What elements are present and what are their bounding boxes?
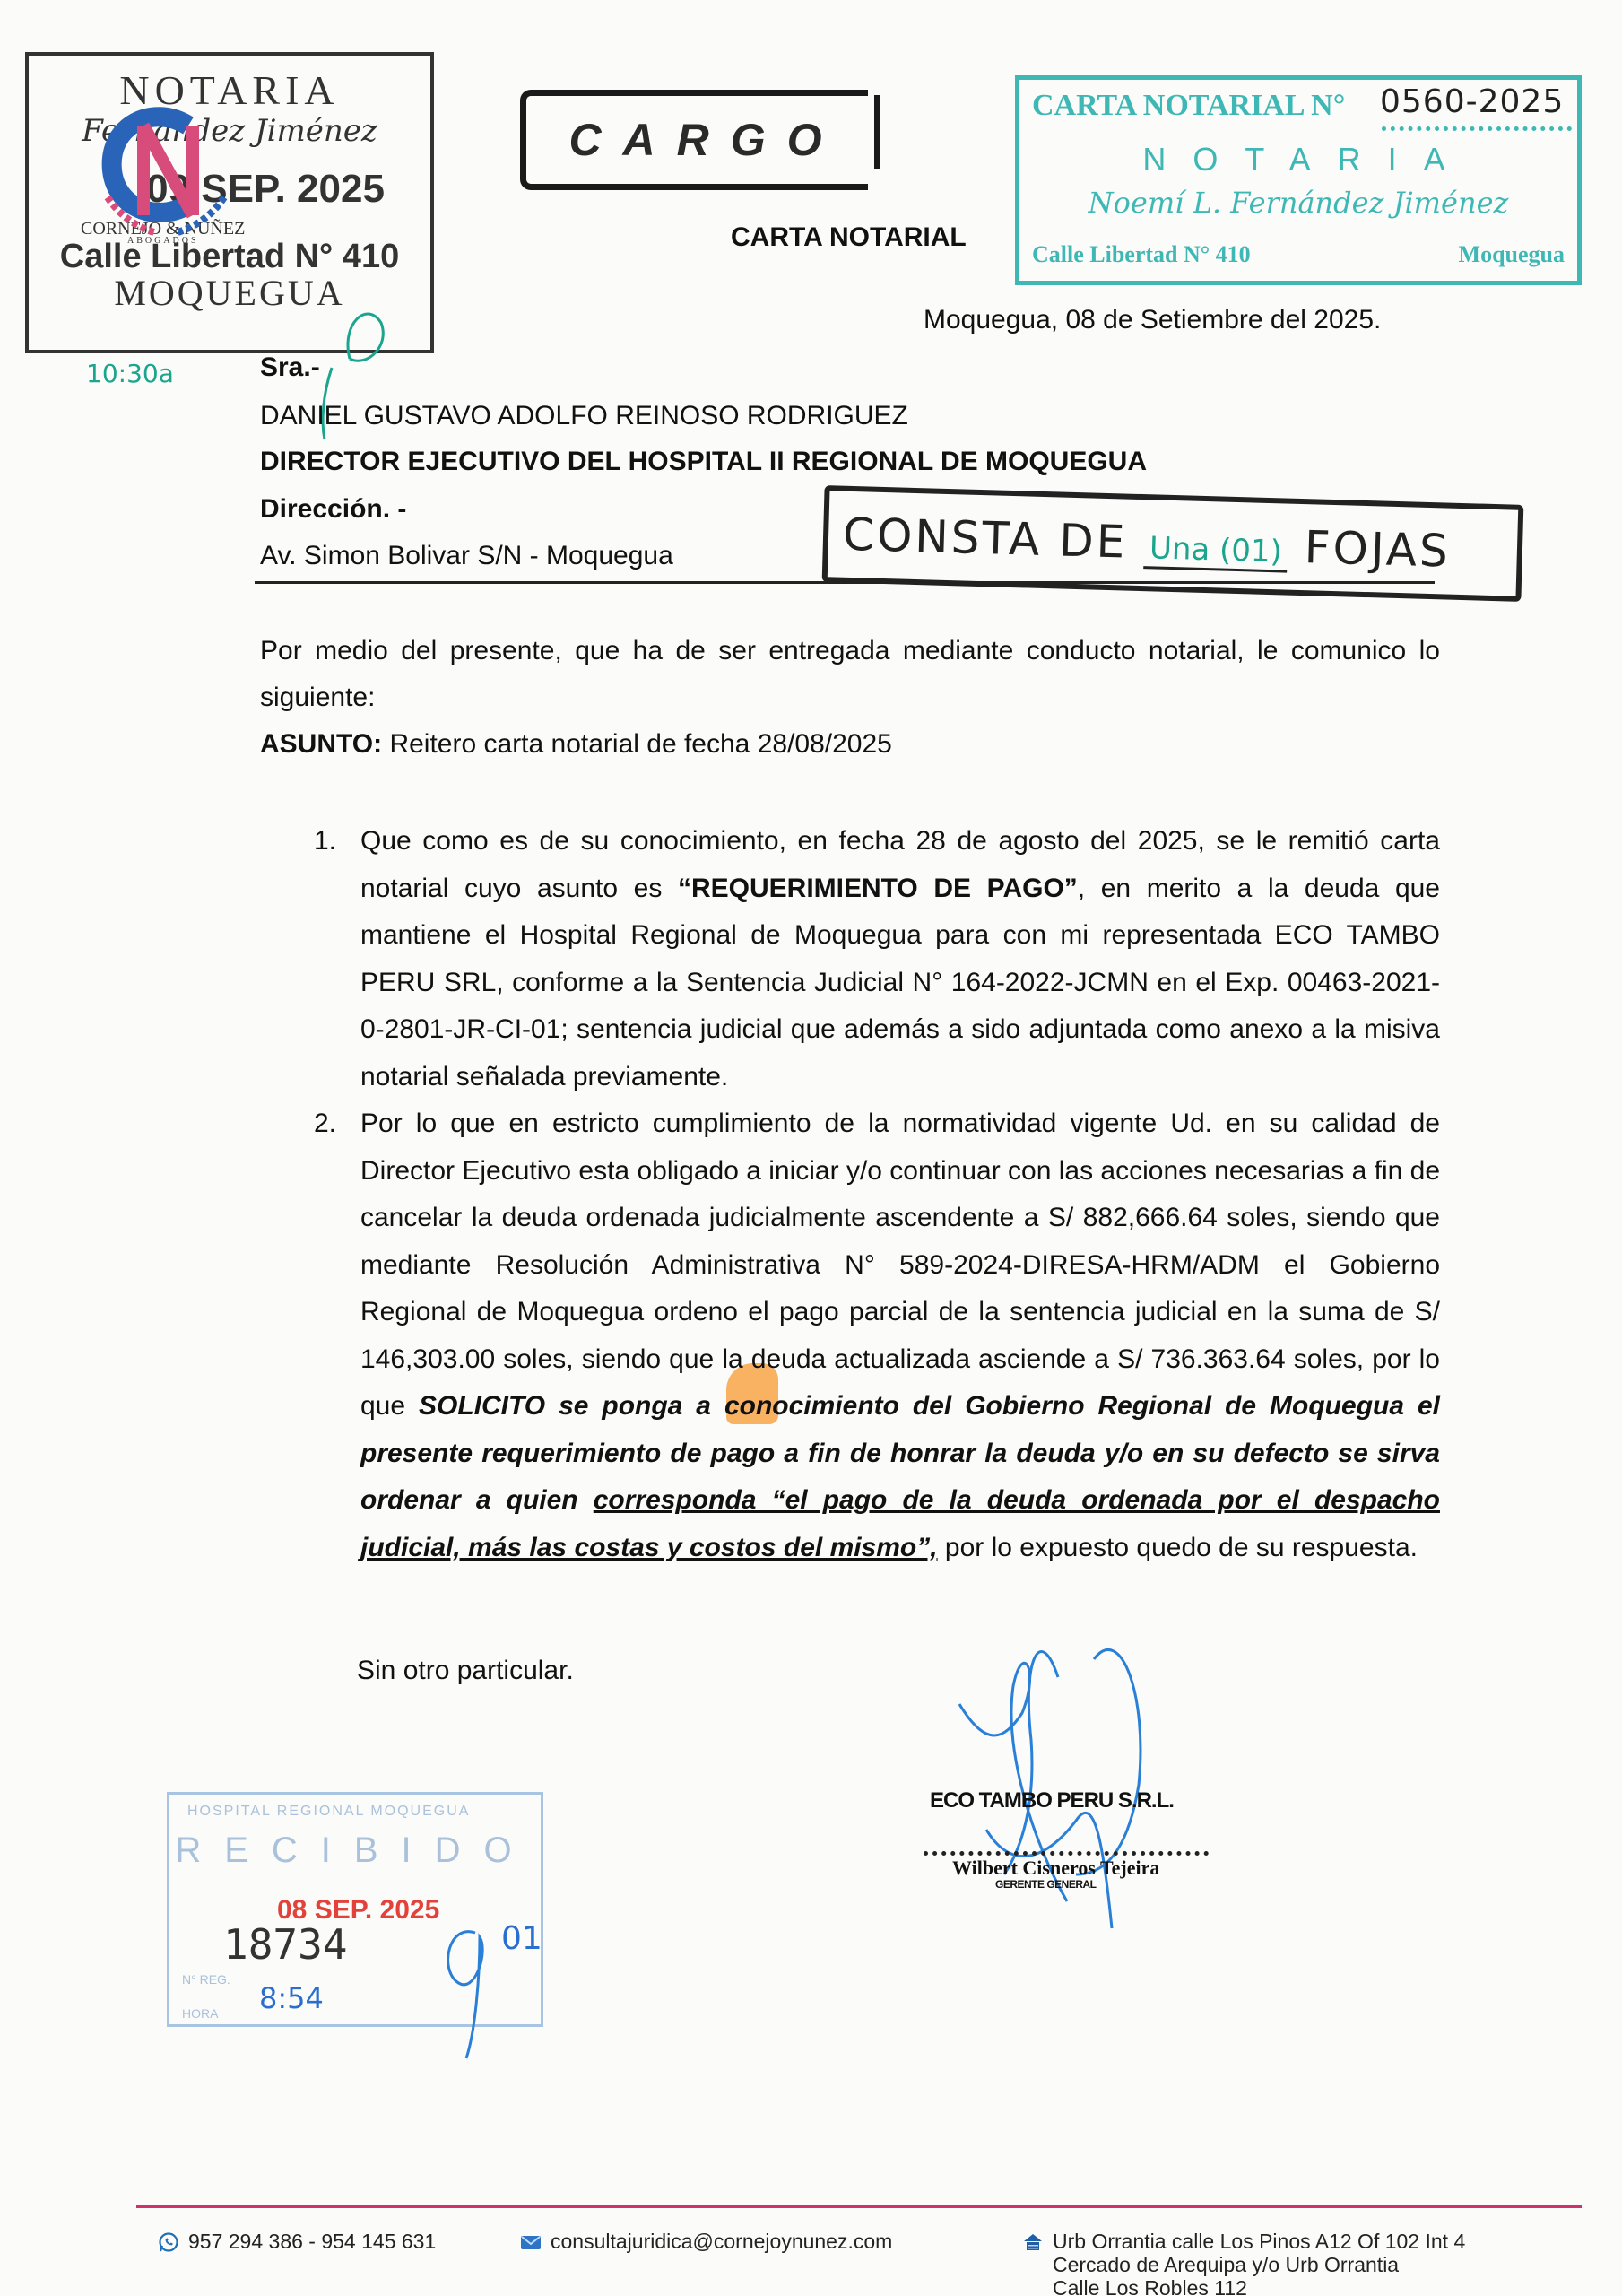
whatsapp-icon — [158, 2231, 179, 2253]
cargo-stamp-label: CARGO — [526, 96, 868, 184]
closing-line: Sin otro particular. — [357, 1656, 574, 1686]
recipient-name: DANIEL GUSTAVO ADOLFO REINOSO RODRIGUEZ — [260, 400, 908, 432]
cargo-stamp-bar — [874, 95, 880, 169]
numbered-list: 1. Que como es de su conocimiento, en fe… — [314, 818, 1440, 1571]
footer-divider — [136, 2205, 1582, 2208]
notary-stamp-address: Calle Libertad N° 410 — [29, 239, 430, 274]
received-institution: HOSPITAL REGIONAL MOQUEGUA — [187, 1804, 470, 1820]
footer-address: Urb Orrantia calle Los Pinos A12 Of 102 … — [1022, 2230, 1465, 2296]
carta-notarial-notary-name: Noemí L. Fernández Jiménez — [1019, 186, 1577, 220]
carta-notarial-address: Calle Libertad N° 410 — [1032, 241, 1251, 268]
subject-text: Reitero carta notarial de fecha 28/08/20… — [382, 729, 892, 759]
carta-notarial-number: 0560-2025 — [1380, 83, 1564, 120]
carta-notarial-city: Moquegua — [1459, 241, 1565, 268]
reg-label: N° REG. — [182, 1972, 230, 1987]
received-time: 8:54 — [259, 1981, 324, 2015]
cornejo-nunez-logo-icon — [90, 99, 242, 242]
list-item: 1. Que como es de su conocimiento, en fe… — [314, 818, 1440, 1100]
footer-email: consultajuridica@cornejoynunez.com — [520, 2230, 892, 2254]
carta-notarial-label: CARTA NOTARIAL N° — [1032, 89, 1345, 123]
subject-label: ASUNTO: — [260, 729, 382, 759]
signatory-name: Wilbert Cisneros Tejeira — [952, 1857, 1159, 1880]
carta-notarial-notaria: NOTARIA — [1019, 141, 1577, 178]
document-title: CARTA NOTARIAL — [731, 222, 967, 253]
home-icon — [1022, 2231, 1044, 2253]
received-number: 18734 — [223, 1920, 347, 1969]
signature-line — [924, 1851, 1209, 1856]
footer-phone: 957 294 386 - 954 145 631 — [158, 2230, 436, 2254]
dotted-line — [1382, 126, 1572, 131]
recipient-address: Av. Simon Bolivar S/N - Moquegua — [260, 540, 673, 572]
intro-paragraph: Por medio del presente, que ha de ser en… — [260, 628, 1440, 721]
list-item: 2. Por lo que en estricto cumplimiento d… — [314, 1100, 1440, 1571]
signature-company: ECO TAMBO PERU S.R.L. — [930, 1788, 1174, 1813]
carta-notarial-stamp: CARTA NOTARIAL N° 0560-2025 NOTARIA Noem… — [1015, 75, 1582, 285]
received-label: RECIBIDO — [169, 1831, 541, 1871]
email-link[interactable]: consultajuridica@cornejoynunez.com — [551, 2230, 892, 2254]
handwritten-time: 10:30a — [86, 359, 174, 388]
address-label: Dirección. - — [260, 493, 406, 526]
subject-line: ASUNTO: Reitero carta notarial de fecha … — [260, 721, 1440, 768]
fojas-stamp: CONSTA DE Una (01) FOJAS — [822, 485, 1524, 602]
handwritten-initial-icon — [439, 1897, 511, 2058]
mail-icon — [520, 2231, 542, 2253]
salutation: Sra.- — [260, 352, 320, 384]
fojas-count: Una (01) — [1143, 530, 1288, 572]
handwritten-mark-icon — [332, 296, 421, 368]
recipient-position: DIRECTOR EJECUTIVO DEL HOSPITAL II REGIO… — [260, 446, 1147, 478]
cargo-stamp: CARGO — [520, 90, 868, 190]
signatory-role: GERENTE GENERAL — [995, 1878, 1097, 1891]
document-date: Moquegua, 08 de Setiembre del 2025. — [924, 305, 1381, 335]
hora-label: HORA — [182, 2006, 218, 2021]
